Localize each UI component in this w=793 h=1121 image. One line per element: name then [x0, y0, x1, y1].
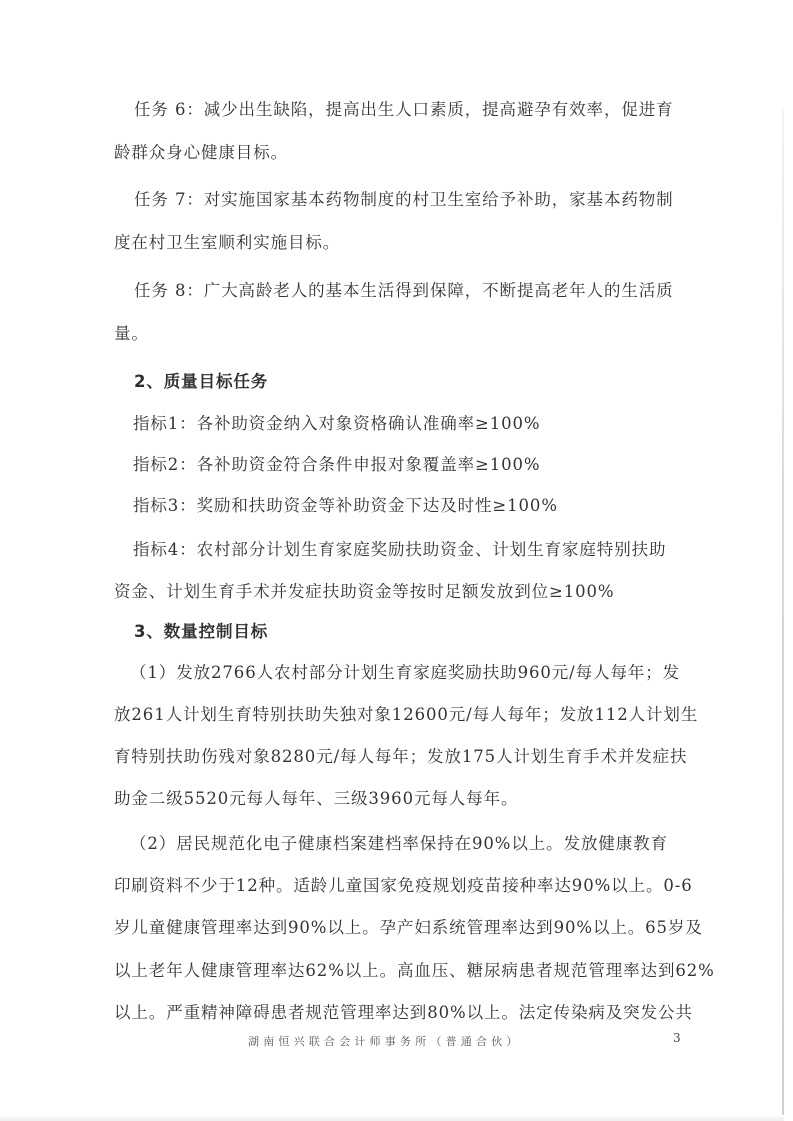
item2-line4: 以上老年人健康管理率达62%以上。高血压、糖尿病患者规范管理率达到62%: [114, 961, 700, 981]
item2-line2: 印刷资料不少于12种。适龄儿童国家免疫规划疫苗接种率达90%以上。0-6: [114, 876, 700, 896]
page-edge-line: [782, 110, 784, 1120]
indicator4-line1: 指标4：农村部分计划生育家庭奖励扶助资金、计划生育家庭特别扶助: [133, 540, 719, 560]
item1-line3: 育特别扶助伤残对象8280元/每人每年；发放175人计划生育手术并发症扶: [114, 747, 700, 767]
indicator4-line2: 资金、计划生育手术并发症扶助资金等按时足额发放到位≥100%: [114, 582, 700, 602]
footer-firm-name: 湖南恒兴联合会计师事务所（普通合伙）: [248, 1033, 522, 1049]
task8-line2: 量。: [114, 324, 700, 344]
document-page: 任务 6：减少出生缺陷，提高出生人口素质，提高避孕有效率，促进育 龄群众身心健康…: [0, 0, 793, 1121]
task6-line2: 龄群众身心健康目标。: [114, 143, 700, 163]
page-bottom-shadow: [0, 1115, 784, 1121]
section2-heading: 2、质量目标任务: [134, 372, 720, 392]
task6-line1: 任务 6：减少出生缺陷，提高出生人口素质，提高避孕有效率，促进育: [134, 100, 720, 120]
item2-line3: 岁儿童健康管理率达到90%以上。孕产妇系统管理率达到90%以上。65岁及: [114, 918, 700, 938]
indicator1: 指标1：各补助资金纳入对象资格确认准确率≥100%: [133, 414, 719, 434]
page-number: 3: [673, 1031, 681, 1045]
item1-line1: （1）发放2766人农村部分计划生育家庭奖励扶助960元/每人每年；发: [130, 663, 716, 683]
item1-line2: 放261人计划生育特别扶助失独对象12600元/每人每年；发放112人计划生: [114, 705, 700, 725]
indicator2: 指标2：各补助资金符合条件申报对象覆盖率≥100%: [133, 455, 719, 475]
indicator3: 指标3：奖励和扶助资金等补助资金下达及时性≥100%: [133, 496, 719, 516]
task7-line2: 度在村卫生室顺利实施目标。: [114, 233, 700, 253]
item2-line5: 以上。严重精神障碍患者规范管理率达到80%以上。法定传染病及突发公共: [114, 1003, 700, 1023]
item2-line1: （2）居民规范化电子健康档案建档率保持在90%以上。发放健康教育: [130, 834, 716, 854]
task7-line1: 任务 7：对实施国家基本药物制度的村卫生室给予补助，家基本药物制: [134, 190, 720, 210]
item1-line4: 助金二级5520元每人每年、三级3960元每人每年。: [114, 789, 700, 809]
task8-line1: 任务 8：广大高龄老人的基本生活得到保障，不断提高老年人的生活质: [134, 281, 720, 301]
section3-heading: 3、数量控制目标: [134, 622, 720, 642]
